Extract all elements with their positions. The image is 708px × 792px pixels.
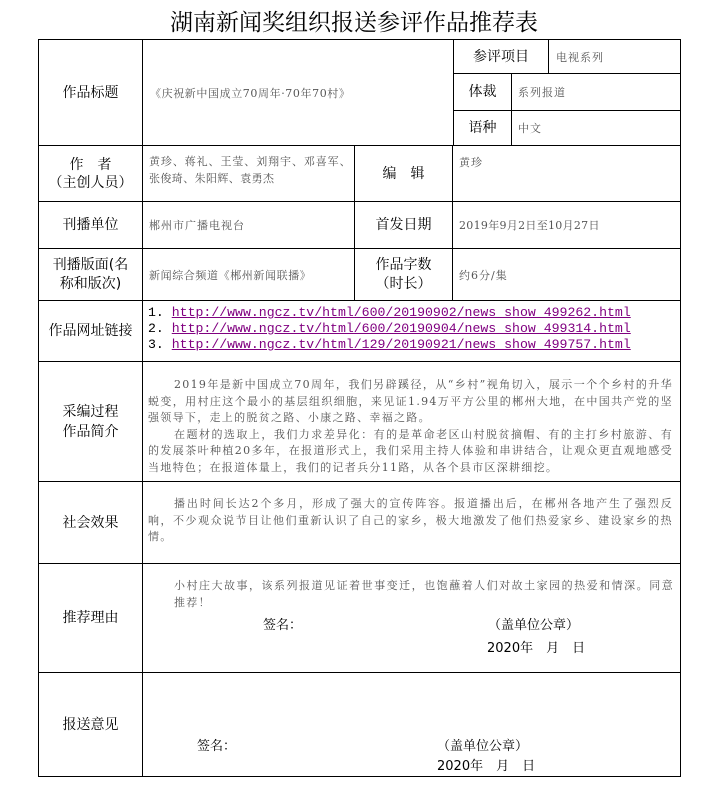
link-item: 3. http://www.ngcz.tv/html/129/20190921/… xyxy=(148,337,678,353)
divider xyxy=(680,39,681,777)
link-number: 1. xyxy=(148,305,164,320)
label-first-date: 首发日期 xyxy=(355,202,452,248)
divider xyxy=(548,39,549,73)
label-page-line2: 称和版次) xyxy=(60,275,121,294)
opinion-seal-label: （盖单位公章） xyxy=(437,735,528,754)
reason-sign-label: 签名： xyxy=(263,614,302,633)
link-item: 1. http://www.ngcz.tv/html/600/20190902/… xyxy=(148,305,678,321)
label-effect: 社会效果 xyxy=(39,482,142,563)
value-editor: 黄珍 xyxy=(459,146,659,204)
label-editor: 编 辑 xyxy=(355,146,452,201)
label-work-title: 作品标题 xyxy=(39,40,142,145)
label-author-line2: （主创人员） xyxy=(49,174,133,192)
label-length-line1: 作品字数 xyxy=(376,256,432,275)
reason-date: 2020年 月 日 xyxy=(487,637,585,656)
value-category: 电视系列 xyxy=(556,40,676,73)
effect-text: 播出时间长达2个多月，形成了强大的宣传阵容。报道播出后，在郴州各地产生了强烈反响… xyxy=(148,496,673,546)
label-intro-line2: 作品简介 xyxy=(63,422,119,442)
divider xyxy=(452,145,453,300)
label-intro: 采编过程 作品简介 xyxy=(39,362,142,481)
intro-text: 2019年是新中国成立70周年，我们另辟蹊径，从“乡村”视角切入，展示一个个乡村… xyxy=(148,377,673,476)
label-page: 刊播版面(名 称和版次) xyxy=(39,249,142,300)
label-language: 语种 xyxy=(454,111,511,145)
label-links: 作品网址链接 xyxy=(39,301,142,361)
link-number: 3. xyxy=(148,337,164,352)
opinion-date: 2020年 月 日 xyxy=(437,755,535,774)
reason-seal-label: （盖单位公章） xyxy=(488,614,579,633)
label-length-line2: （时长） xyxy=(376,275,432,294)
reason-text: 小村庄大故事，该系列报道见证着世事变迁，也饱蘸着人们对故土家园的热爱和情深。同意… xyxy=(174,578,674,611)
value-genre: 系列报道 xyxy=(518,74,678,110)
value-page: 新闻综合频道《郴州新闻联播》 xyxy=(149,249,353,300)
links-list: 1. http://www.ngcz.tv/html/600/20190902/… xyxy=(148,305,678,353)
value-publisher: 郴州市广播电视台 xyxy=(149,202,349,248)
reason-paragraph: 小村庄大故事，该系列报道见证着世事变迁，也饱蘸着人们对故土家园的热爱和情深。同意… xyxy=(174,578,674,611)
news-link-2[interactable]: http://www.ngcz.tv/html/600/20190904/new… xyxy=(172,321,631,336)
value-first-date: 2019年9月2日至10月27日 xyxy=(459,202,679,248)
divider xyxy=(511,73,512,145)
effect-paragraph: 播出时间长达2个多月，形成了强大的宣传阵容。报道播出后，在郴州各地产生了强烈反响… xyxy=(148,496,673,546)
value-length: 约6分/集 xyxy=(459,249,659,300)
divider xyxy=(38,776,681,777)
link-number: 2. xyxy=(148,321,164,336)
intro-paragraph-2: 在题材的选取上，我们力求差异化：有的是革命老区山村脱贫摘帽、有的主打乡村旅游、有… xyxy=(148,427,673,477)
label-author: 作 者 （主创人员） xyxy=(39,146,142,201)
divider xyxy=(142,39,143,777)
link-item: 2. http://www.ngcz.tv/html/600/20190904/… xyxy=(148,321,678,337)
label-category: 参评项目 xyxy=(454,40,548,73)
label-intro-line1: 采编过程 xyxy=(63,402,119,422)
value-language: 中文 xyxy=(518,111,678,145)
label-opinion: 报送意见 xyxy=(39,673,142,776)
label-length: 作品字数 （时长） xyxy=(355,249,452,300)
news-link-1[interactable]: http://www.ngcz.tv/html/600/20190902/new… xyxy=(172,305,631,320)
label-publisher: 刊播单位 xyxy=(39,202,142,248)
page-title: 湖南新闻奖组织报送参评作品推荐表 xyxy=(0,4,708,37)
opinion-sign-label: 签名： xyxy=(197,735,236,754)
label-reason: 推荐理由 xyxy=(39,564,142,672)
intro-paragraph-1: 2019年是新中国成立70周年，我们另辟蹊径，从“乡村”视角切入，展示一个个乡村… xyxy=(148,377,673,427)
news-link-3[interactable]: http://www.ngcz.tv/html/129/20190921/new… xyxy=(172,337,631,352)
value-work-title: 《庆祝新中国成立70周年·70年70村》 xyxy=(150,40,450,145)
label-author-line1: 作 者 xyxy=(70,156,112,174)
label-page-line1: 刊播版面(名 xyxy=(53,256,128,275)
value-author: 黄珍、蒋礼、王莹、刘翔宇、邓喜军、张俊琦、朱阳辉、袁勇杰 xyxy=(149,153,351,187)
label-genre: 体裁 xyxy=(454,74,511,110)
